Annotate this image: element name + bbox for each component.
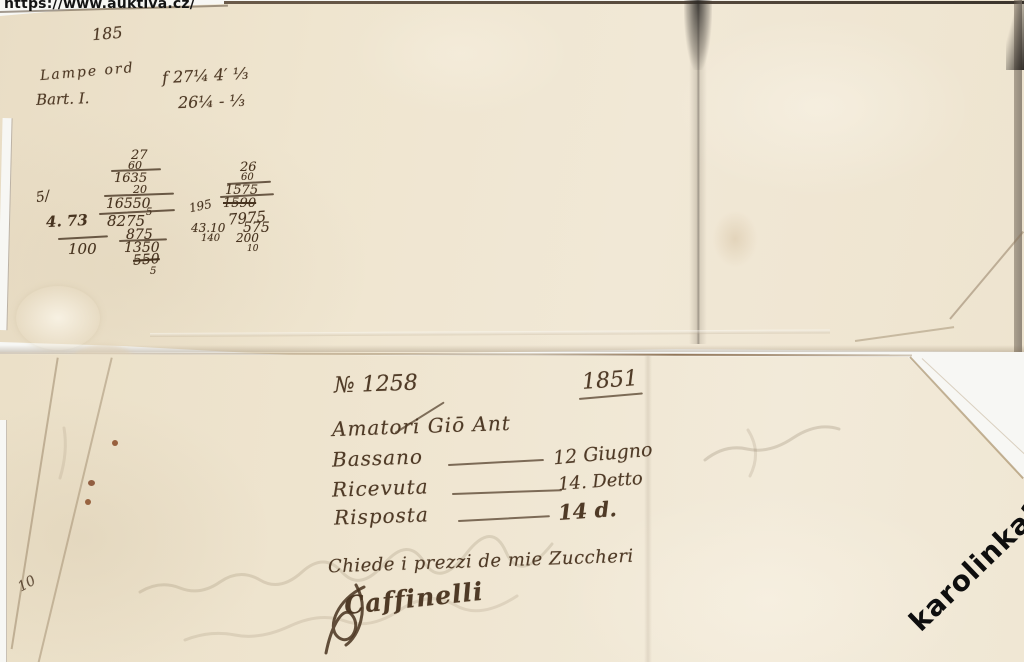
docket-row-label: Ricevuta xyxy=(332,474,429,501)
note-entry2-label: Bart. I. xyxy=(36,89,90,109)
scanned-letter-document: 185 Lampe ord f 27¼ 4′ ⅓ Bart. I. 26¼ - … xyxy=(0,0,1024,662)
docket-row-value: 14 d. xyxy=(557,496,617,525)
letter-number: № 1258 xyxy=(334,371,419,399)
paper-stain-left xyxy=(16,286,100,350)
page-number: 185 xyxy=(91,23,123,45)
fold-smudge-top xyxy=(684,0,712,70)
ink-speck xyxy=(112,440,118,446)
paper-stain-fold xyxy=(712,210,758,268)
lower-sheet xyxy=(0,352,1024,662)
calc-left-value: 16550 xyxy=(106,196,151,212)
upper-sheet-top-edge-dark xyxy=(224,1,1024,4)
calc-right-value: 10 xyxy=(247,244,258,254)
vertical-crease-lower xyxy=(644,356,652,662)
letter-year: 1851 xyxy=(581,366,639,395)
calc-left-margin: 4. 73 xyxy=(46,211,89,231)
torn-edge-gap-lower xyxy=(0,420,7,662)
calc-right-value: 200 xyxy=(236,231,259,245)
scan-corner-shadow xyxy=(1006,0,1024,70)
ink-speck xyxy=(85,499,91,505)
calc-left-value: 5 xyxy=(150,266,156,277)
watermark-url: https://www.auktiva.cz/ xyxy=(4,0,195,12)
note-entry2-value: 26¼ - ⅓ xyxy=(178,91,246,112)
docket-row-label: Risposta xyxy=(334,502,430,529)
upper-sheet xyxy=(0,0,1024,356)
ink-speck xyxy=(88,480,95,486)
calc-left-value: 5 xyxy=(146,207,152,218)
docket-row-label: Bassano xyxy=(332,444,424,471)
calc-left-margin: 5/ xyxy=(35,188,51,206)
calc-right-margin: 140 xyxy=(201,233,220,244)
calc-left-margin: 100 xyxy=(68,240,97,258)
upper-sheet-bottom-shadow xyxy=(0,345,1024,352)
